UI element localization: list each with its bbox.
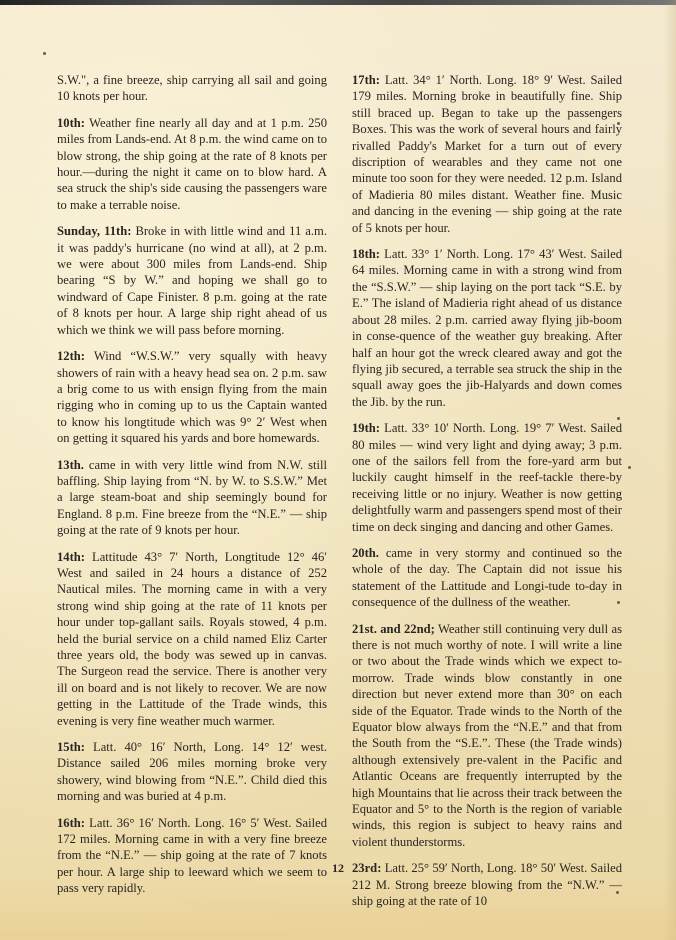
diary-entry: S.W.", a fine breeze, ship carrying all … bbox=[57, 72, 327, 105]
entry-date: 15th: bbox=[57, 740, 85, 754]
entry-text: came in very stormy and continued so the… bbox=[352, 546, 622, 609]
diary-entry: 14th: Lattitude 43° 7′ North, Longtitude… bbox=[57, 549, 327, 729]
entry-text: Wind “W.S.W.” very squally with heavy sh… bbox=[57, 349, 327, 445]
entry-text: Latt. 34° 1′ North. Long. 18° 9′ West. S… bbox=[352, 73, 622, 235]
entry-date: 21st. and 22nd; bbox=[352, 622, 435, 636]
diary-entry: 20th. came in very stormy and continued … bbox=[352, 545, 622, 611]
entry-text: Weather still continuing very dull as th… bbox=[352, 622, 622, 849]
entry-date: 19th: bbox=[352, 421, 380, 435]
entry-text: Weather fine nearly all day and at 1 p.m… bbox=[57, 116, 327, 212]
entry-date: 17th: bbox=[352, 73, 380, 87]
entry-text: S.W.", a fine breeze, ship carrying all … bbox=[57, 73, 327, 103]
entry-text: Latt. 33° 1′ North. Long. 17° 43′ West. … bbox=[352, 247, 622, 409]
entry-date: 12th: bbox=[57, 349, 85, 363]
right-column: 17th: Latt. 34° 1′ North. Long. 18° 9′ W… bbox=[352, 72, 622, 920]
entry-date: 14th: bbox=[57, 550, 85, 564]
left-column: S.W.", a fine breeze, ship carrying all … bbox=[57, 72, 327, 907]
entry-text: Latt. 40° 16′ North, Long. 14° 12′ west.… bbox=[57, 740, 327, 803]
diary-entry: 10th: Weather fine nearly all day and at… bbox=[57, 115, 327, 213]
diary-entry: 12th: Wind “W.S.W.” very squally with he… bbox=[57, 348, 327, 446]
diary-entry: 16th: Latt. 36° 16′ North. Long. 16° 5′ … bbox=[57, 815, 327, 897]
diary-entry: 17th: Latt. 34° 1′ North. Long. 18° 9′ W… bbox=[352, 72, 622, 236]
entry-date: Sunday, 11th: bbox=[57, 224, 131, 238]
diary-entry: 18th: Latt. 33° 1′ North. Long. 17° 43′ … bbox=[352, 246, 622, 410]
entry-text: Latt. 33° 10′ North. Long. 19° 7′ West. … bbox=[352, 421, 622, 533]
diary-entry: Sunday, 11th: Broke in with little wind … bbox=[57, 223, 327, 338]
paper-speck bbox=[628, 466, 631, 469]
paper-speck bbox=[43, 52, 46, 55]
entry-text: Lattitude 43° 7′ North, Longtitude 12° 4… bbox=[57, 550, 327, 728]
entry-text: came in with very little wind from N.W. … bbox=[57, 458, 327, 538]
diary-entry: 15th: Latt. 40° 16′ North, Long. 14° 12′… bbox=[57, 739, 327, 805]
entry-date: 13th. bbox=[57, 458, 84, 472]
entry-date: 16th: bbox=[57, 816, 85, 830]
page-right-edge bbox=[664, 0, 676, 940]
page-number: 12 bbox=[0, 861, 676, 876]
diary-entry: 13th. came in with very little wind from… bbox=[57, 457, 327, 539]
entry-text: Latt. 36° 16′ North. Long. 16° 5′ West. … bbox=[57, 816, 327, 896]
entry-text: Broke in with little wind and 11 a.m. it… bbox=[57, 224, 327, 336]
diary-entry: 19th: Latt. 33° 10′ North. Long. 19° 7′ … bbox=[352, 420, 622, 535]
entry-date: 18th: bbox=[352, 247, 380, 261]
page-top-edge bbox=[0, 0, 676, 5]
entry-date: 10th: bbox=[57, 116, 85, 130]
diary-entry: 21st. and 22nd; Weather still continuing… bbox=[352, 621, 622, 851]
entry-date: 20th. bbox=[352, 546, 379, 560]
